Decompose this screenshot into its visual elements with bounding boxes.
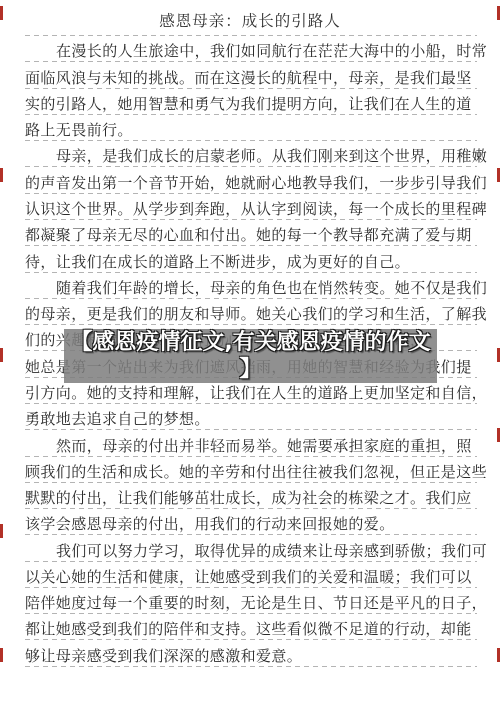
red-edge-mark bbox=[0, 6, 3, 20]
essay-line: 我们可以努力学习，取得优异的成绩来让母亲感到骄傲；我们可 bbox=[25, 535, 477, 561]
title-band: 感恩母亲：成长的引路人 bbox=[0, 0, 500, 36]
watermark-text-line-2: 】 bbox=[239, 356, 261, 383]
essay-line: 随着我们年龄的增长，母亲的角色也在悄然转变。她不仅是我们 bbox=[25, 273, 477, 299]
essay-line: 都凝聚了母亲无尽的心血和付出。她的每一个教导都充满了爱与期 bbox=[25, 220, 477, 246]
red-edge-mark bbox=[0, 168, 3, 182]
essay-line: 然而，母亲的付出并非轻而易举。她需要承担家庭的重担，照 bbox=[25, 430, 477, 456]
essay-line: 母亲，是我们成长的启蒙老师。从我们刚来到这个世界，用稚嫩 bbox=[25, 141, 477, 167]
essay-line: 在漫长的人生旅途中，我们如同航行在茫茫大海中的小船，时常 bbox=[25, 36, 477, 62]
essay-line: 该学会感恩母亲的付出，用我们的行动来回报她的爱。 bbox=[25, 509, 477, 535]
essay-line: 认识这个世界。从学步到奔跑，从认字到阅读，每一个成长的里程碑 bbox=[25, 194, 477, 220]
essay-line: 顾我们的生活和成长。她的辛劳和付出往往被我们忽视，但正是这些 bbox=[25, 457, 477, 483]
essay-title: 感恩母亲：成长的引路人 bbox=[0, 9, 500, 31]
essay-line: 以关心她的生活和健康，让她感受到我们的关爱和温暖；我们可以 bbox=[25, 562, 477, 588]
essay-line: 默默的付出，让我们能够茁壮成长，成为社会的栋梁之才。我们应 bbox=[25, 483, 477, 509]
red-edge-mark bbox=[0, 648, 3, 662]
watermark-overlay: 【感恩疫情征文,有关感恩疫情的作文 】 bbox=[64, 329, 437, 383]
essay-page: 感恩母亲：成长的引路人 在漫长的人生旅途中，我们如同航行在茫茫大海中的小船，时常… bbox=[0, 0, 500, 706]
essay-line: 都让她感受到我们的陪伴和支持。这些看似微不足道的行动，却能 bbox=[25, 614, 477, 640]
essay-line: 够让母亲感受到我们深深的感激和爱意。 bbox=[25, 640, 477, 666]
essay-line: 勇敢地去追求自己的梦想。 bbox=[25, 404, 477, 430]
essay-line: 面临风浪与未知的挑战。而在这漫长的航程中，母亲，是我们最坚 bbox=[25, 62, 477, 88]
essay-line: 的声音发出第一个音节开始，她就耐心地教导我们，一步步引导我们 bbox=[25, 167, 477, 193]
red-edge-mark bbox=[0, 524, 3, 538]
essay-line: 的母亲，更是我们的朋友和导师。她关心我们的学习和生活，了解我 bbox=[25, 299, 477, 325]
essay-line: 实的引路人，她用智慧和勇气为我们提明方向，让我们在人生的道 bbox=[25, 89, 477, 115]
red-edge-mark bbox=[0, 348, 3, 362]
essay-line: 陪伴她度过每一个重要的时刻，无论是生日、节日还是平凡的日子， bbox=[25, 588, 477, 614]
essay-line: 路上无畏前行。 bbox=[25, 115, 477, 141]
watermark-text-line-1: 【感恩疫情征文,有关感恩疫情的作文 bbox=[70, 329, 430, 356]
essay-line: 待，让我们在成长的道路上不断进步，成为更好的自己。 bbox=[25, 246, 477, 272]
